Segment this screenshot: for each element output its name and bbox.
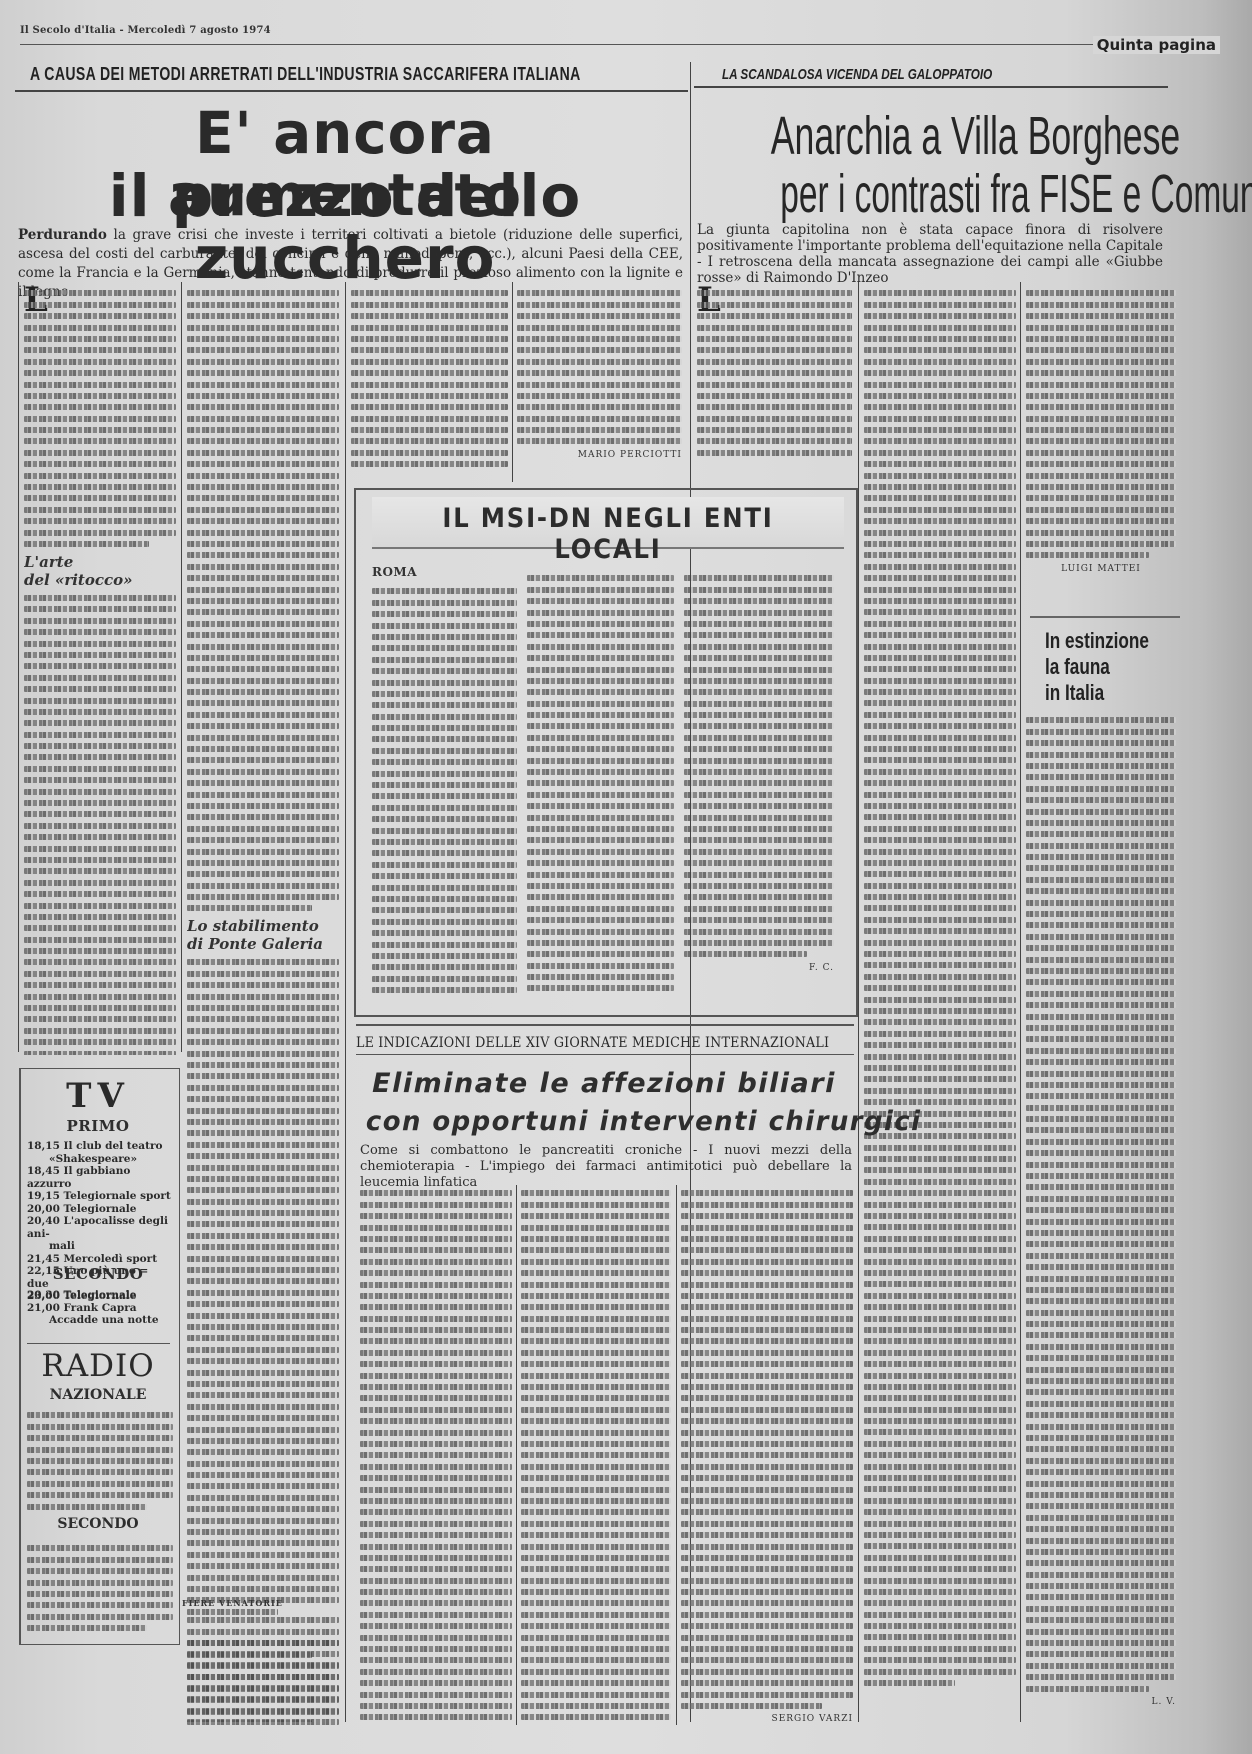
sugar-column-4: MARIO PERCIOTTI <box>517 285 682 480</box>
tv-listing: 18,15 Il club del teatro <box>27 1140 173 1153</box>
tv-secondo-list: 20,30 Telegiornale21,00 Frank CapraAccad… <box>27 1289 173 1327</box>
tv-title: TV <box>19 1076 177 1116</box>
column-divider <box>858 282 859 1722</box>
column-divider <box>345 282 346 1722</box>
sugar-subhead-2: Lo stabilimentodi Ponte Galeria <box>187 917 339 953</box>
villa-signature: LUIGI MATTEI <box>1026 564 1176 575</box>
tv-listing: 18,45 Il gabbiano azzurro <box>27 1165 173 1190</box>
villa-headline-line2: per i contrasti fra FISE e Comune <box>780 165 1075 223</box>
medical-signature: SERGIO VARZI <box>681 1714 853 1725</box>
medical-column-3: SERGIO VARZI <box>681 1185 853 1725</box>
tv-primo-label: PRIMO <box>19 1117 177 1135</box>
medical-headline-line1: Eliminate le affezioni biliari <box>356 1067 852 1101</box>
fauna-headline: In estinzione la fauna in Italia <box>1045 628 1149 706</box>
fauna-signature: L. V. <box>1026 1697 1176 1708</box>
villa-headline-line1: Anarchia a Villa Borghese <box>771 107 1085 165</box>
column-divider <box>512 282 513 482</box>
tv-listing: «Shakespeare» <box>27 1153 173 1166</box>
tv-listing: 20,30 Telegiornale <box>27 1289 173 1302</box>
tv-listing: Accadde una notte <box>27 1314 173 1327</box>
villa-column-2 <box>864 285 1016 1725</box>
villa-deck: La giunta capitolina non è stata capace … <box>697 222 1163 286</box>
villa-kicker: LA SCANDALOSA VICENDA DEL GALOPPATOIO <box>722 66 992 83</box>
fiere-column <box>187 1612 339 1722</box>
sugar-kicker: A CAUSA DEI METODI ARRETRATI DELL'INDUST… <box>30 64 581 85</box>
tv-listing: 20,40 L'apocalisse degli ani- <box>27 1215 173 1240</box>
tv-listing: 21,00 Frank Capra <box>27 1302 173 1315</box>
villa-column-1: L <box>697 285 852 485</box>
tv-listing: 19,15 Telegiornale sport <box>27 1190 173 1203</box>
msi-signature: F. C. <box>684 963 834 974</box>
radio-nazionale-label: NAZIONALE <box>19 1387 177 1403</box>
tv-listing: 21,45 Mercoledì sport <box>27 1253 173 1266</box>
sugar-subhead-1: L'artedel «ritocco» <box>24 553 176 589</box>
fiere-heading: FIERE VENATORIE <box>182 1598 283 1608</box>
sugar-signature: MARIO PERCIOTTI <box>517 450 682 461</box>
tv-listing: 20,00 Telegiornale <box>27 1203 173 1216</box>
msi-dateline: ROMA <box>372 565 417 579</box>
column-divider <box>18 282 19 1052</box>
column-divider <box>676 1185 677 1725</box>
radio-title: RADIO <box>19 1348 177 1384</box>
tv-listing: mali <box>27 1240 173 1253</box>
medical-kicker: LE INDICAZIONI DELLE XIV GIORNATE MEDICH… <box>356 1035 824 1051</box>
villa-column-3: LUIGI MATTEI <box>1026 285 1176 610</box>
msi-title: IL MSI-DN NEGLI ENTI LOCALI <box>396 503 821 565</box>
divider <box>356 1024 854 1026</box>
msi-column-2 <box>527 570 674 1005</box>
fauna-body: L. V. <box>1026 712 1176 1722</box>
column-divider <box>516 1185 517 1725</box>
radio-secondo-label: SECONDO <box>19 1516 177 1532</box>
medical-column-1 <box>360 1185 512 1725</box>
divider <box>15 90 688 92</box>
msi-column-3: F. C. <box>684 570 834 1005</box>
radio-secondo-schedule <box>27 1540 173 1640</box>
divider <box>356 1054 854 1055</box>
column-divider <box>1020 282 1021 1722</box>
msi-column-1 <box>372 583 517 1003</box>
tv-secondo-label: SECONDO <box>19 1265 177 1283</box>
radio-nazionale-schedule <box>27 1407 173 1517</box>
column-divider <box>181 282 182 1052</box>
medical-column-2 <box>521 1185 671 1725</box>
masthead-date: Il Secolo d'Italia - Mercoledì 7 agosto … <box>20 25 271 36</box>
divider <box>1030 616 1180 618</box>
sugar-column-3 <box>351 285 508 480</box>
masthead-rule <box>20 44 1170 45</box>
sugar-column-1: L L'artedel «ritocco» <box>24 285 176 1055</box>
page-label: Quinta pagina <box>1093 36 1220 54</box>
divider <box>27 1343 170 1344</box>
divider <box>694 86 1168 88</box>
sugar-column-2: Lo stabilimentodi Ponte Galeria <box>187 285 339 1725</box>
deck-lead: Perdurando <box>18 227 107 243</box>
medical-deck: Come si combattono le pancreatiti cronic… <box>360 1143 852 1191</box>
medical-headline-line2: con opportuni interventi chirurgici <box>366 1105 842 1139</box>
